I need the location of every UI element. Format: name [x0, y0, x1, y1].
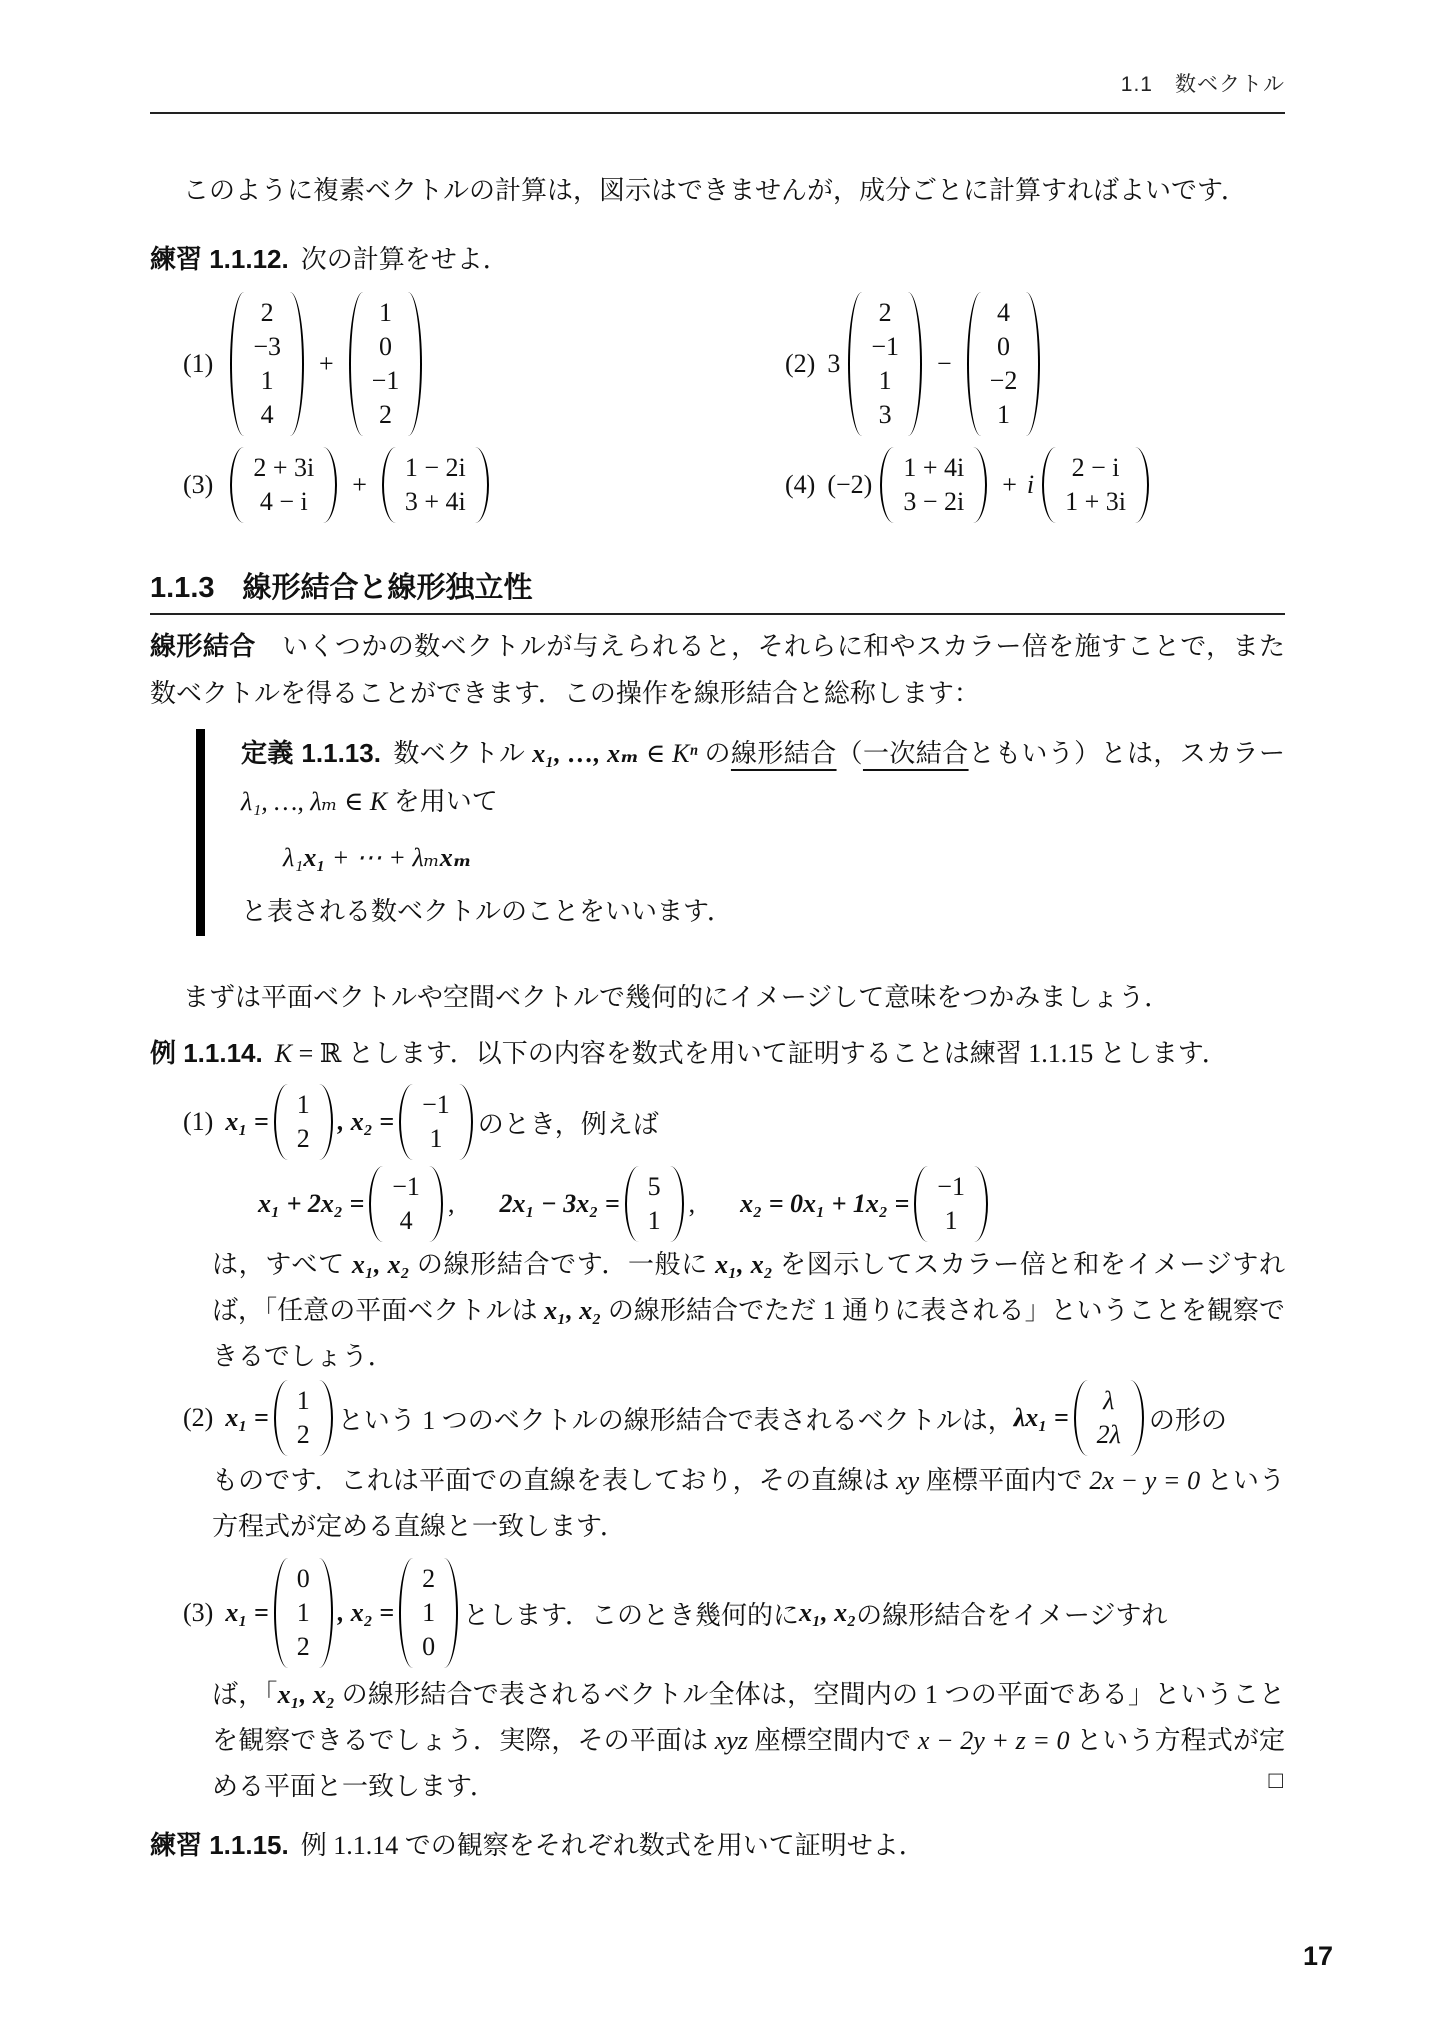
vector-entry: 1 — [648, 1204, 661, 1238]
running-header: 1.1 数ベクトル — [150, 70, 1285, 114]
minus-operator: − — [937, 349, 952, 379]
vector-entries: 4 0 −2 1 — [981, 292, 1027, 436]
vector-entry: 5 — [648, 1170, 661, 1204]
vector-entry: 1 − 2i — [405, 451, 466, 485]
paren-right-icon — [670, 1166, 684, 1242]
equation-lhs: x₁ + 2x₂ = — [258, 1189, 364, 1219]
paragraph-body: いくつかの数ベクトルが与えられると，それらに和やスカラー倍を施すことで，また数ベ… — [150, 632, 1285, 708]
paren-right-icon — [1130, 1380, 1144, 1456]
paren-left-icon — [230, 447, 244, 523]
underlined-term: 線形結合 — [731, 739, 837, 768]
paren-left-icon — [967, 292, 981, 436]
column-vector: 1 2 — [274, 1084, 333, 1160]
vector-entry: 2λ — [1097, 1418, 1121, 1452]
text-segment: = ℝ とします．以下の内容を数式を用いて証明することは練習 1.1.15 とし… — [292, 1039, 1228, 1068]
vector-entry: 1 — [297, 1596, 310, 1630]
paren-right-icon — [323, 447, 337, 523]
exercise-1112-row2: (3) 2 + 3i 4 − i + 1 − 2i 3 + 4i (4) (−2… — [150, 447, 1285, 523]
scalar-coefficient: 3 — [827, 349, 840, 379]
vector-entry: 2 + 3i — [253, 451, 314, 485]
text-segment: の形の — [1149, 1400, 1227, 1437]
qed-box: □ — [1269, 1758, 1284, 1804]
example-item-3-paragraph: ば，「x₁, x₂ の線形結合で表されるベクトル全体は，空間内の 1 つの平面で… — [150, 1672, 1285, 1810]
vector-entry: 1 — [297, 1384, 310, 1418]
text-segment: ともいう）とは，スカラー — [969, 739, 1285, 768]
plus-operator: + — [319, 349, 334, 379]
paren-left-icon — [848, 292, 862, 436]
vector-entries: 0 1 2 — [288, 1558, 319, 1668]
item-1-number: (1) — [183, 1107, 213, 1137]
vector-entry: 2 — [261, 296, 274, 330]
exercise-1115-label: 練習 1.1.15. — [150, 1830, 289, 1860]
paren-left-icon — [349, 292, 363, 436]
vector-entry: −1 — [871, 330, 899, 364]
problem-4: (4) (−2) 1 + 4i 3 − 2i + i 2 − i 1 + 3i — [785, 447, 1154, 523]
math-segment: ∈ Kⁿ — [639, 739, 698, 768]
section-heading: 1.1.3 線形結合と線形独立性 — [150, 569, 1285, 607]
example-item-3: (3) x₁ = 0 1 2 , x₂ = 2 1 0 とします．このとき幾何的… — [183, 1558, 1285, 1668]
vector-entries: 1 2 — [288, 1084, 319, 1160]
paren-left-icon — [230, 292, 244, 436]
vector-entry: 4 — [400, 1204, 413, 1238]
column-vector: 2 −1 1 3 — [848, 292, 922, 436]
equation-lhs: x₂ = 0x₁ + 1x₂ = — [740, 1189, 909, 1219]
vector-entries: 1 0 −1 2 — [363, 292, 409, 436]
vector-entry: 3 + 4i — [405, 485, 466, 519]
paren-left-icon — [274, 1558, 288, 1668]
paren-left-icon — [382, 447, 396, 523]
vector-entries: 1 2 — [288, 1380, 319, 1456]
column-vector: 1 0 −1 2 — [349, 292, 423, 436]
problem-1: (1) 2 −3 1 4 + 1 0 −1 2 — [183, 292, 785, 436]
math-segment: , x₂ = — [338, 1598, 394, 1628]
plus-operator: + — [352, 470, 367, 500]
text-segment: 数ベクトル — [393, 739, 532, 768]
math-segment: x − 2y + z = 0 — [918, 1726, 1070, 1755]
linear-combination-formula: λ₁x₁ + ⋯ + λₘxₘ — [283, 840, 1285, 876]
paren-left-icon — [369, 1166, 383, 1242]
vector-entries: λ 2λ — [1088, 1380, 1130, 1456]
text-segment: は，すべて — [212, 1250, 352, 1279]
definition-1113-text: 定義 1.1.13.数ベクトル x₁, …, xₘ ∈ Kⁿ の線形結合（一次結… — [241, 729, 1285, 826]
text-segment: の線形結合をイメージすれ — [856, 1595, 1167, 1632]
vector-entry: −1 — [937, 1170, 965, 1204]
vector-entry: −1 — [372, 364, 400, 398]
vector-entries: 2 − i 1 + 3i — [1056, 447, 1135, 523]
exercise-1112-heading: 練習 1.1.12.次の計算をせよ． — [150, 236, 1285, 283]
vector-entries: 2 + 3i 4 − i — [244, 447, 323, 523]
vector-entry: 3 − 2i — [903, 485, 964, 519]
scalar-coefficient: (−2) — [827, 470, 872, 500]
vector-entry: 2 — [297, 1418, 310, 1452]
paren-right-icon — [1026, 292, 1040, 436]
paren-left-icon — [625, 1166, 639, 1242]
vector-entry: −1 — [392, 1170, 420, 1204]
paren-left-icon — [274, 1380, 288, 1456]
problem-3: (3) 2 + 3i 4 − i + 1 − 2i 3 + 4i — [183, 447, 785, 523]
vector-entry: 1 — [879, 364, 892, 398]
definition-label: 定義 1.1.13. — [241, 738, 381, 768]
exercise-1115-prompt: 例 1.1.14 での観察をそれぞれ数式を用いて証明せよ． — [301, 1831, 925, 1860]
vector-entry: −1 — [422, 1088, 450, 1122]
paren-left-icon — [880, 447, 894, 523]
math-segment: x₁, x₂ — [715, 1250, 773, 1279]
paragraph-head: 線形結合 — [150, 631, 256, 661]
textbook-page: 1.1 数ベクトル このように複素ベクトルの計算は，図示はできませんが，成分ごと… — [0, 0, 1433, 2024]
column-vector: 2 − i 1 + 3i — [1042, 447, 1149, 523]
paren-right-icon — [459, 1084, 473, 1160]
vector-entry: 2 — [379, 398, 392, 432]
text-segment: という 1 つのベクトルの線形結合で表されるベクトルは， — [338, 1400, 1014, 1437]
example-label: 例 1.1.14. — [150, 1038, 263, 1068]
example-item-2: (2) x₁ = 1 2 という 1 つのベクトルの線形結合で表されるベクトルは… — [183, 1380, 1285, 1456]
vector-entries: 1 − 2i 3 + 4i — [396, 447, 475, 523]
math-segment: λ₁, …, λₘ ∈ K — [241, 787, 387, 816]
vector-entries: 1 + 4i 3 − 2i — [894, 447, 973, 523]
column-vector: −1 1 — [914, 1166, 988, 1242]
column-vector: −1 4 — [369, 1166, 443, 1242]
section-number: 1.1.3 — [150, 569, 215, 607]
vector-entry: 2 — [879, 296, 892, 330]
column-vector: 0 1 2 — [274, 1558, 333, 1668]
text-segment: ば，「 — [212, 1680, 278, 1709]
vector-entry: 1 — [261, 364, 274, 398]
paren-right-icon — [290, 292, 304, 436]
running-header-title: 1.1 数ベクトル — [150, 70, 1285, 100]
math-segment: , x₂ = — [338, 1107, 394, 1137]
column-vector: 2 1 0 — [399, 1558, 458, 1668]
text-segment: の — [698, 739, 731, 768]
math-segment: x₁ = — [225, 1403, 268, 1433]
vector-entry: 1 — [379, 296, 392, 330]
scalar-coefficient-i: i — [1027, 470, 1034, 500]
vector-entries: 2 −1 1 3 — [862, 292, 908, 436]
equation-lhs: 2x₁ − 3x₂ = — [499, 1189, 619, 1219]
example-item-2-paragraph: ものです．これは平面での直線を表しており，その直線は xy 座標平面内で 2x … — [150, 1458, 1285, 1550]
vector-entry: 0 — [997, 330, 1010, 364]
text-segment: （ — [837, 739, 863, 768]
math-segment: λ₁ — [283, 843, 303, 872]
bridge-paragraph: まずは平面ベクトルや空間ベクトルで幾何的にイメージして意味をつかみましょう． — [150, 974, 1285, 1021]
math-segment: x₁, x₂ — [278, 1680, 335, 1709]
vector-entry: 1 — [997, 398, 1010, 432]
paren-right-icon — [319, 1380, 333, 1456]
math-segment: x₁ — [303, 843, 325, 872]
text-segment: ものです．これは平面での直線を表しており，その直線は — [212, 1466, 896, 1495]
exercise-1112-row1: (1) 2 −3 1 4 + 1 0 −1 2 (2) 3 2 −1 1 3 — [150, 292, 1285, 436]
math-segment: K — [275, 1039, 292, 1068]
vector-entry: 4 − i — [260, 485, 308, 519]
example-1114-heading: 例 1.1.14.K = ℝ とします．以下の内容を数式を用いて証明することは練… — [150, 1029, 1285, 1078]
vector-entry: 2 — [422, 1562, 435, 1596]
paren-right-icon — [319, 1558, 333, 1668]
vector-entry: λ — [1103, 1384, 1114, 1418]
vector-entries: −1 1 — [928, 1166, 974, 1242]
page-number: 17 — [1303, 1941, 1333, 1972]
text-segment: のとき，例えば — [478, 1104, 659, 1141]
problem-3-number: (3) — [183, 470, 213, 500]
example-item-1-equations: x₁ + 2x₂ = −1 4 , 2x₁ − 3x₂ = 5 1 , x₂ =… — [258, 1166, 1285, 1242]
paren-left-icon — [914, 1166, 928, 1242]
column-vector: −1 1 — [399, 1084, 473, 1160]
vector-entry: 3 — [879, 398, 892, 432]
math-segment: 2x − y = 0 — [1089, 1466, 1200, 1495]
plus-operator: + — [1002, 470, 1017, 500]
paren-right-icon — [974, 1166, 988, 1242]
comma: , — [448, 1189, 455, 1219]
math-segment: x₁, x₂ — [352, 1250, 410, 1279]
definition-1113-block: 定義 1.1.13.数ベクトル x₁, …, xₘ ∈ Kⁿ の線形結合（一次結… — [196, 729, 1285, 936]
vector-entry: 1 — [297, 1088, 310, 1122]
problem-4-number: (4) — [785, 470, 815, 500]
math-segment: xyz — [715, 1726, 748, 1755]
vector-entry: −3 — [253, 330, 281, 364]
vector-entry: 1 — [429, 1122, 442, 1156]
math-segment: x₁ = — [225, 1107, 268, 1137]
vector-entries: 5 1 — [639, 1166, 670, 1242]
math-segment: x₁, x₂ — [544, 1296, 601, 1325]
exercise-1112-prompt: 次の計算をせよ． — [301, 245, 509, 274]
vector-entry: 2 — [297, 1630, 310, 1664]
paren-right-icon — [1135, 447, 1149, 523]
problem-2-number: (2) — [785, 349, 815, 379]
column-vector: 1 − 2i 3 + 4i — [382, 447, 489, 523]
example-item-1-paragraph: は，すべて x₁, x₂ の線形結合です．一般に x₁, x₂ を図示してスカラ… — [150, 1242, 1285, 1380]
paren-right-icon — [408, 292, 422, 436]
vector-entry: 1 + 4i — [903, 451, 964, 485]
column-vector: λ 2λ — [1074, 1380, 1144, 1456]
math-segment: λx₁ = — [1014, 1403, 1069, 1433]
vector-entry: −2 — [990, 364, 1018, 398]
text-segment: とします．このとき幾何的に — [463, 1595, 799, 1632]
vector-entries: 2 1 0 — [413, 1558, 444, 1668]
section-rule — [150, 613, 1285, 615]
vector-entry: 0 — [379, 330, 392, 364]
vector-entry: 1 — [422, 1596, 435, 1630]
item-2-number: (2) — [183, 1403, 213, 1433]
math-segment: + ⋯ + λₘ — [325, 843, 439, 872]
text-segment: の線形結合です．一般に — [410, 1250, 715, 1279]
paren-left-icon — [1042, 447, 1056, 523]
vector-entry: 1 + 3i — [1065, 485, 1126, 519]
math-segment: x₁ = — [225, 1598, 268, 1628]
linear-combination-lead-paragraph: 線形結合 いくつかの数ベクトルが与えられると，それらに和やスカラー倍を施すことで… — [150, 623, 1285, 717]
math-segment: xₘ — [440, 843, 472, 872]
header-rule — [150, 112, 1285, 114]
paren-right-icon — [444, 1558, 458, 1668]
vector-entry: 1 — [945, 1204, 958, 1238]
example-item-1: (1) x₁ = 1 2 , x₂ = −1 1 のとき，例えば — [183, 1084, 1285, 1160]
column-vector: 1 + 4i 3 − 2i — [880, 447, 987, 523]
vector-entry: 4 — [997, 296, 1010, 330]
vector-entry: 4 — [261, 398, 274, 432]
exercise-1112-label: 練習 1.1.12. — [150, 244, 289, 274]
exercise-1115-heading: 練習 1.1.15.例 1.1.14 での観察をそれぞれ数式を用いて証明せよ． — [150, 1822, 1285, 1869]
column-vector: 1 2 — [274, 1380, 333, 1456]
definition-closing-text: と表される数ベクトルのことをいいます． — [241, 888, 1285, 936]
paren-left-icon — [399, 1084, 413, 1160]
paren-right-icon — [973, 447, 987, 523]
paren-left-icon — [1074, 1380, 1088, 1456]
paren-right-icon — [319, 1084, 333, 1160]
column-vector: 5 1 — [625, 1166, 684, 1242]
vector-entry: 0 — [297, 1562, 310, 1596]
paren-right-icon — [475, 447, 489, 523]
intro-paragraph: このように複素ベクトルの計算は，図示はできませんが，成分ごとに計算すればよいです… — [150, 167, 1285, 214]
paren-left-icon — [274, 1084, 288, 1160]
vector-entries: −1 4 — [383, 1166, 429, 1242]
vector-entry: 2 — [297, 1122, 310, 1156]
problem-1-number: (1) — [183, 349, 213, 379]
math-segment: x₁, x₂ — [799, 1598, 856, 1628]
text-segment: を用いて — [387, 787, 498, 816]
paren-right-icon — [429, 1166, 443, 1242]
vector-entry: 0 — [422, 1630, 435, 1664]
paren-left-icon — [399, 1558, 413, 1668]
item-3-number: (3) — [183, 1598, 213, 1628]
vector-entries: −1 1 — [413, 1084, 459, 1160]
problem-2: (2) 3 2 −1 1 3 − 4 0 −2 1 — [785, 292, 1045, 436]
text-segment: 座標空間内で — [748, 1726, 918, 1755]
column-vector: 2 −3 1 4 — [230, 292, 304, 436]
column-vector: 2 + 3i 4 − i — [230, 447, 337, 523]
underlined-term: 一次結合 — [863, 739, 969, 768]
comma: , — [689, 1189, 696, 1219]
vector-entries: 2 −3 1 4 — [244, 292, 290, 436]
paren-right-icon — [908, 292, 922, 436]
section-title: 線形結合と線形独立性 — [243, 569, 533, 607]
text-segment: 座標平面内で — [919, 1466, 1089, 1495]
math-segment: xy — [896, 1466, 919, 1495]
column-vector: 4 0 −2 1 — [967, 292, 1041, 436]
math-segment: x₁, …, xₘ — [532, 739, 639, 768]
vector-entry: 2 − i — [1072, 451, 1120, 485]
